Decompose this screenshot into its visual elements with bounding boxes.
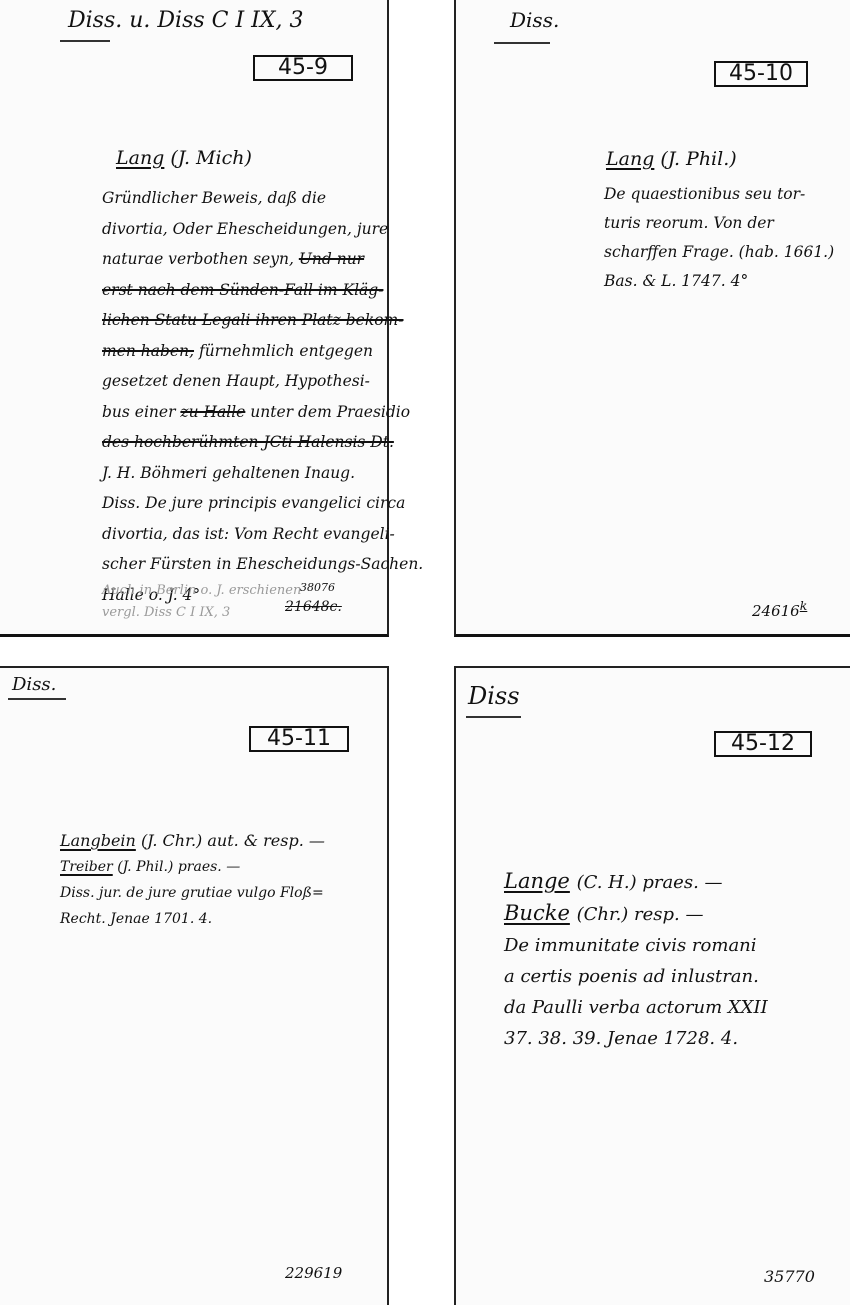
body-line: Bas. & L. 1747. 4° [604, 267, 834, 296]
accession-number: 35770 [764, 1267, 815, 1286]
class-mark-underline [60, 40, 110, 42]
class-mark-underline [494, 42, 550, 44]
body-line: divortia, das ist: Vom Recht evangeli- [102, 519, 423, 550]
card-body: Lange (C. H.) praes. — Bucke (Chr.) resp… [504, 866, 768, 1054]
body-line-struck: lichen Statu Legali ihren Platz bekom- [102, 305, 423, 336]
author-initials: (J. Mich) [170, 147, 251, 169]
class-mark-underline [466, 716, 521, 718]
card-body: Langbein (J. Chr.) aut. & resp. — Treibe… [60, 828, 325, 932]
pencil-note: Auch in Berlin o. J. erschienen vergl. D… [102, 580, 301, 624]
body-line-struck: erst nach dem Sünden-Fall im Kläg- [102, 275, 423, 306]
accession-number: 229619 [285, 1264, 342, 1282]
body-line: Recht. Jenae 1701. 4. [60, 906, 325, 932]
praeses-name: Treiber [60, 859, 113, 875]
body-line: Diss. jur. de jure grutiae vulgo Floß= [60, 880, 325, 906]
class-mark-underline [8, 698, 66, 700]
card-body: De quaestionibus seu tor- turis reorum. … [604, 180, 834, 296]
author-initials: (J. Phil.) [660, 148, 736, 170]
body-line: 37. 38. 39. Jenae 1728. 4. [504, 1023, 768, 1054]
body-line: scher Fürsten in Ehescheidungs-Sachen. [102, 549, 423, 580]
author-name: Lang [606, 148, 654, 170]
accession-number: 24616k [752, 598, 807, 620]
card-heading: Langbein (J. Chr.) aut. & resp. — [60, 828, 325, 854]
body-line: divortia, Oder Ehescheidungen, jure [102, 214, 423, 245]
card-body: Gründlicher Beweis, daß die divortia, Od… [102, 183, 423, 610]
second-heading: Bucke (Chr.) resp. — [504, 898, 768, 930]
shelf-number-tag: 45-12 [714, 731, 812, 757]
card-heading: Lang (J. Phil.) [606, 148, 737, 170]
author-name: Lang [116, 147, 164, 169]
catalog-card-45-10: Diss. 45-10 Lang (J. Phil.) De quaestion… [454, 0, 850, 637]
catalog-card-45-11: Diss. 45-11 Langbein (J. Chr.) aut. & re… [0, 666, 389, 1305]
body-line: naturae verbothen seyn, Und nur [102, 244, 423, 275]
catalog-card-45-9: Diss. u. Diss C I IX, 3 45-9 Lang (J. Mi… [0, 0, 389, 637]
body-line: De immunitate civis romani [504, 930, 768, 961]
body-line: scharffen Frage. (hab. 1661.) [604, 238, 834, 267]
body-line: turis reorum. Von der [604, 209, 834, 238]
accession-number: 21648c. [285, 599, 342, 615]
card-heading: Lang (J. Mich) [116, 147, 252, 169]
shelf-number-tag: 45-11 [249, 726, 349, 752]
class-mark: Diss. [12, 674, 56, 695]
shelf-number-tag: 45-10 [714, 61, 808, 87]
body-line: De quaestionibus seu tor- [604, 180, 834, 209]
body-line: gesetzet denen Haupt, Hypothesi- [102, 366, 423, 397]
body-line: Diss. De jure principis evangelici circa [102, 488, 423, 519]
second-heading: Treiber (J. Phil.) praes. — [60, 854, 325, 880]
body-line: a certis poenis ad inlustran. [504, 961, 768, 992]
body-line: Gründlicher Beweis, daß die [102, 183, 423, 214]
class-mark: Diss. u. Diss C I IX, 3 [68, 8, 304, 33]
body-line: bus einer zu Halle unter dem Praesidio [102, 397, 423, 428]
body-line: da Paulli verba actorum XXII [504, 992, 768, 1023]
author-name: Langbein [60, 831, 136, 850]
body-line-struck: des hochberühmten JCti Halensis Dt. [102, 427, 423, 458]
accession-number-old: 38076 [300, 581, 335, 594]
shelf-number-tag: 45-9 [253, 55, 353, 81]
body-line: men haben, fürnehmlich entgegen [102, 336, 423, 367]
card-heading: Lange (C. H.) praes. — [504, 866, 768, 898]
class-mark: Diss [468, 682, 520, 710]
body-line: J. H. Böhmeri gehaltenen Inaug. [102, 458, 423, 489]
praeses-name: Lange [504, 869, 570, 893]
respondent-name: Bucke [504, 901, 570, 925]
class-mark: Diss. [510, 8, 559, 32]
catalog-card-45-12: Diss 45-12 Lange (C. H.) praes. — Bucke … [454, 666, 850, 1305]
